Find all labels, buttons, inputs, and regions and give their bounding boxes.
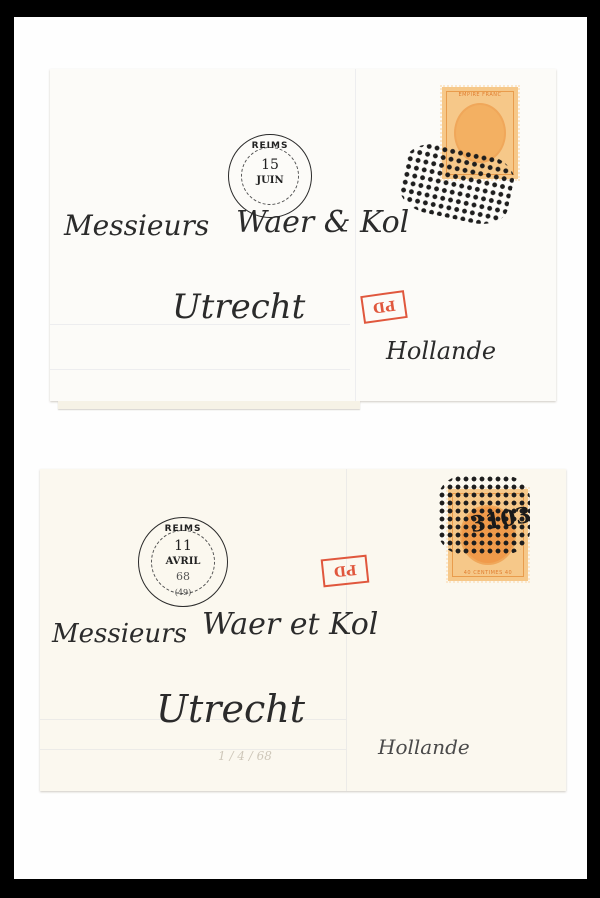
address-city: Utrecht <box>172 287 305 327</box>
pd-text: PD <box>371 294 397 319</box>
cover-top: REIMS 15 JUIN EMPIRE FRANC Messieurs Wae… <box>50 69 556 401</box>
postmark-month: JUIN <box>229 175 311 186</box>
postmark-town: REIMS <box>139 524 227 534</box>
stamp-label-top: EMPIRE FRANC <box>448 92 512 98</box>
pd-handstamp: PD <box>360 290 407 324</box>
postmark-day: 15 <box>229 157 311 173</box>
pd-handstamp: PD <box>321 555 370 588</box>
postmark-year: 68 <box>139 570 227 583</box>
ruled-line <box>40 749 346 750</box>
address-salutation: Messieurs <box>52 619 187 649</box>
pencil-note: 1 / 4 / 68 <box>218 749 272 763</box>
ruled-line <box>50 369 350 370</box>
stamp-label-bottom: 40 CENTIMES 40 <box>454 570 522 576</box>
address-recipient: Waer & Kol <box>236 205 409 240</box>
postmark-month: AVRIL <box>139 556 227 567</box>
address-country: Hollande <box>386 337 496 365</box>
postmark-dept: (49) <box>139 588 227 597</box>
postmark-circle: REIMS 11 AVRIL 68 (49) <box>138 517 228 607</box>
cover-flap <box>58 401 360 409</box>
cover-bottom: REIMS 11 AVRIL 68 (49) 40 CENTIMES 40 31… <box>40 469 566 791</box>
address-recipient: Waer et Kol <box>202 607 378 642</box>
postmark-town: REIMS <box>229 141 311 151</box>
address-city: Utrecht <box>156 687 305 731</box>
pd-text: PD <box>332 558 357 582</box>
address-salutation: Messieurs <box>64 209 209 242</box>
postmark-day: 11 <box>139 538 227 554</box>
album-page: REIMS 15 JUIN EMPIRE FRANC Messieurs Wae… <box>14 17 587 879</box>
address-country: Hollande <box>378 735 470 759</box>
